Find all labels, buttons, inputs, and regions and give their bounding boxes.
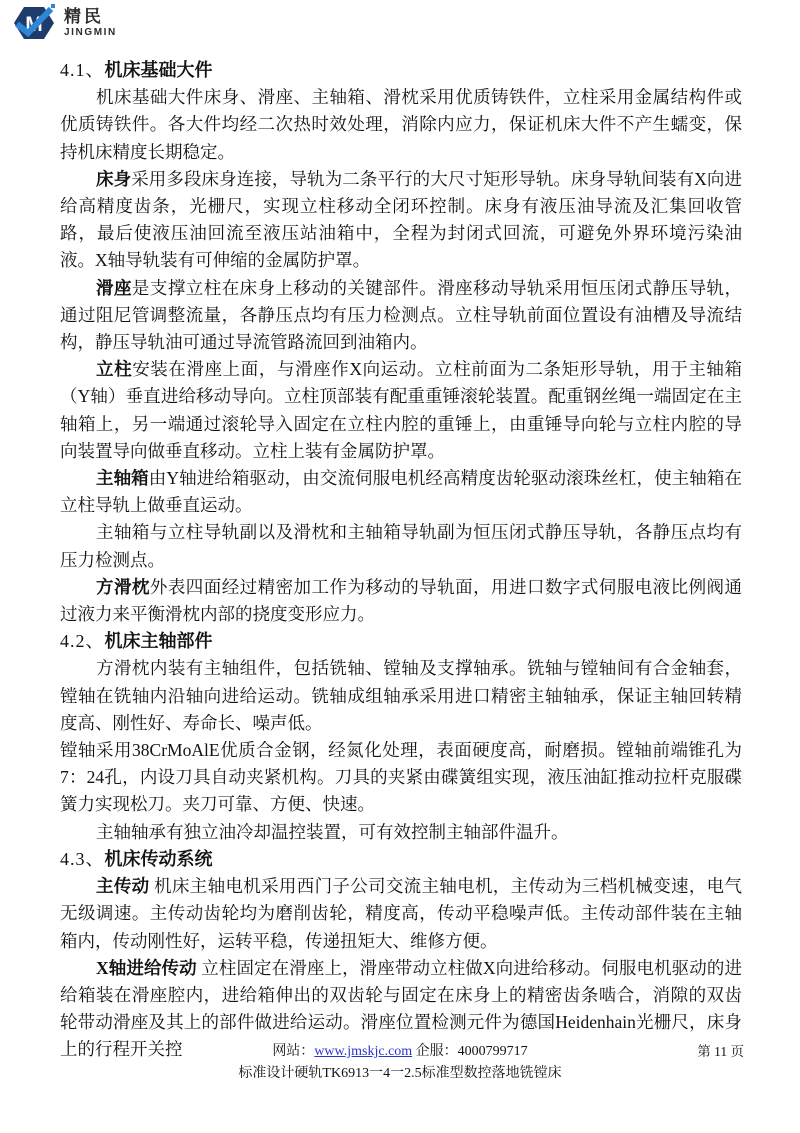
section-number: 4.3、 xyxy=(60,849,105,869)
paragraph-lead: 主轴箱 xyxy=(96,468,149,488)
section-number: 4.1、 xyxy=(60,60,105,80)
paragraph: 主传动 机床主轴电机采用西门子公司交流主轴电机，主传动为三档机械变速，电气无级调… xyxy=(60,873,742,955)
paragraph-text: 主轴轴承有独立油冷却温控装置，可有效控制主轴部件温升。 xyxy=(96,822,569,842)
paragraph-text: 方滑枕内装有主轴组件，包括铣轴、镗轴及支撑轴承。铣轴与镗轴间有合金轴套，镗轴在铣… xyxy=(60,658,742,732)
document-page: M 精民 JINGMIN 4.1、机床基础大件 机床基础大件床身、滑座、主轴箱、… xyxy=(0,0,800,1133)
paragraph-lead: 床身 xyxy=(96,169,131,189)
paragraph: 方滑枕外表四面经过精密加工作为移动的导轨面，用进口数字式伺服电液比例阀通过液力来… xyxy=(60,574,742,628)
section-heading-4-3: 4.3、机床传动系统 xyxy=(60,846,742,873)
paragraph-text: 主轴箱与立柱导轨副以及滑枕和主轴箱导轨副为恒压闭式静压导轨，各静压点均有压力检测… xyxy=(60,522,742,569)
logo-name-chinese: 精民 xyxy=(64,8,117,26)
paragraph-text: 镗轴采用38CrMoAlE优质合金钢，经氮化处理，表面硬度高，耐磨损。镗轴前端锥… xyxy=(60,740,742,814)
paragraph-lead: 方滑枕 xyxy=(96,577,150,597)
paragraph-lead: 立柱 xyxy=(96,359,132,379)
section-title: 机床传动系统 xyxy=(105,849,213,869)
paragraph: 主轴轴承有独立油冷却温控装置，可有效控制主轴部件温升。 xyxy=(60,819,742,846)
section-heading-4-1: 4.1、机床基础大件 xyxy=(60,57,742,84)
paragraph-text: 外表四面经过精密加工作为移动的导轨面，用进口数字式伺服电液比例阀通过液力来平衡滑… xyxy=(60,577,742,624)
paragraph-lead: 滑座 xyxy=(96,278,132,298)
paragraph: 方滑枕内装有主轴组件，包括铣轴、镗轴及支撑轴承。铣轴与镗轴间有合金轴套，镗轴在铣… xyxy=(60,655,742,737)
paragraph: 床身采用多段床身连接，导轨为二条平行的大尺寸矩形导轨。床身导轨间装有X向进给高精… xyxy=(60,166,742,275)
paragraph: 主轴箱与立柱导轨副以及滑枕和主轴箱导轨副为恒压闭式静压导轨，各静压点均有压力检测… xyxy=(60,519,742,573)
paragraph: 机床基础大件床身、滑座、主轴箱、滑枕采用优质铸铁件，立柱采用金属结构件或优质铸铁… xyxy=(60,84,742,166)
paragraph: 立柱安装在滑座上面，与滑座作X向运动。立柱前面为二条矩形导轨，用于主轴箱（Y轴）… xyxy=(60,356,742,465)
paragraph-lead: 主传动 xyxy=(96,876,149,896)
paragraph-text: 是支撑立柱在床身上移动的关键部件。滑座移动导轨采用恒压闭式静压导轨，通过阻尼管调… xyxy=(60,278,742,352)
website-label: 网站： xyxy=(272,1044,314,1059)
paragraph-text: 机床主轴电机采用西门子公司交流主轴电机，主传动为三档机械变速，电气无级调速。主传… xyxy=(60,876,742,950)
paragraph: 主轴箱由Y轴进给箱驱动，由交流伺服电机经高精度齿轮驱动滚珠丝杠，使主轴箱在立柱导… xyxy=(60,465,742,519)
footer-doc-title: 标准设计硬轨TK6913一4一2.5标准型数控落地铣镗床 xyxy=(0,1064,800,1084)
paragraph-text: 由Y轴进给箱驱动，由交流伺服电机经高精度齿轮驱动滚珠丝杠，使主轴箱在立柱导轨上做… xyxy=(60,468,742,515)
section-heading-4-2: 4.2、机床主轴部件 xyxy=(60,628,742,655)
document-body: 4.1、机床基础大件 机床基础大件床身、滑座、主轴箱、滑枕采用优质铸铁件，立柱采… xyxy=(60,57,742,1064)
logo-name-english: JINGMIN xyxy=(64,27,117,38)
logo-text: 精民 JINGMIN xyxy=(64,8,117,38)
section-title: 机床主轴部件 xyxy=(105,631,213,651)
paragraph: 镗轴采用38CrMoAlE优质合金钢，经氮化处理，表面硬度高，耐磨损。镗轴前端锥… xyxy=(60,737,742,819)
section-number: 4.2、 xyxy=(60,631,105,651)
paragraph-lead: X轴进给传动 xyxy=(96,958,197,978)
website-link[interactable]: www.jmskjc.com xyxy=(314,1044,412,1059)
footer-contact-line: 网站：www.jmskjc.com 企服：4000799717 xyxy=(0,1042,800,1062)
service-phone: 企服：4000799717 xyxy=(412,1044,528,1059)
logo-hexagon-m-icon: M xyxy=(12,3,58,43)
page-number: 第 11 页 xyxy=(697,1042,744,1062)
paragraph: 滑座是支撑立柱在床身上移动的关键部件。滑座移动导轨采用恒压闭式静压导轨，通过阻尼… xyxy=(60,275,742,357)
paragraph-text: 安装在滑座上面，与滑座作X向运动。立柱前面为二条矩形导轨，用于主轴箱（Y轴）垂直… xyxy=(60,359,742,461)
section-title: 机床基础大件 xyxy=(105,60,213,80)
paragraph-text: 机床基础大件床身、滑座、主轴箱、滑枕采用优质铸铁件，立柱采用金属结构件或优质铸铁… xyxy=(60,87,742,161)
paragraph-text: 采用多段床身连接，导轨为二条平行的大尺寸矩形导轨。床身导轨间装有X向进给高精度齿… xyxy=(60,169,742,271)
logo: M 精民 JINGMIN xyxy=(12,3,117,43)
